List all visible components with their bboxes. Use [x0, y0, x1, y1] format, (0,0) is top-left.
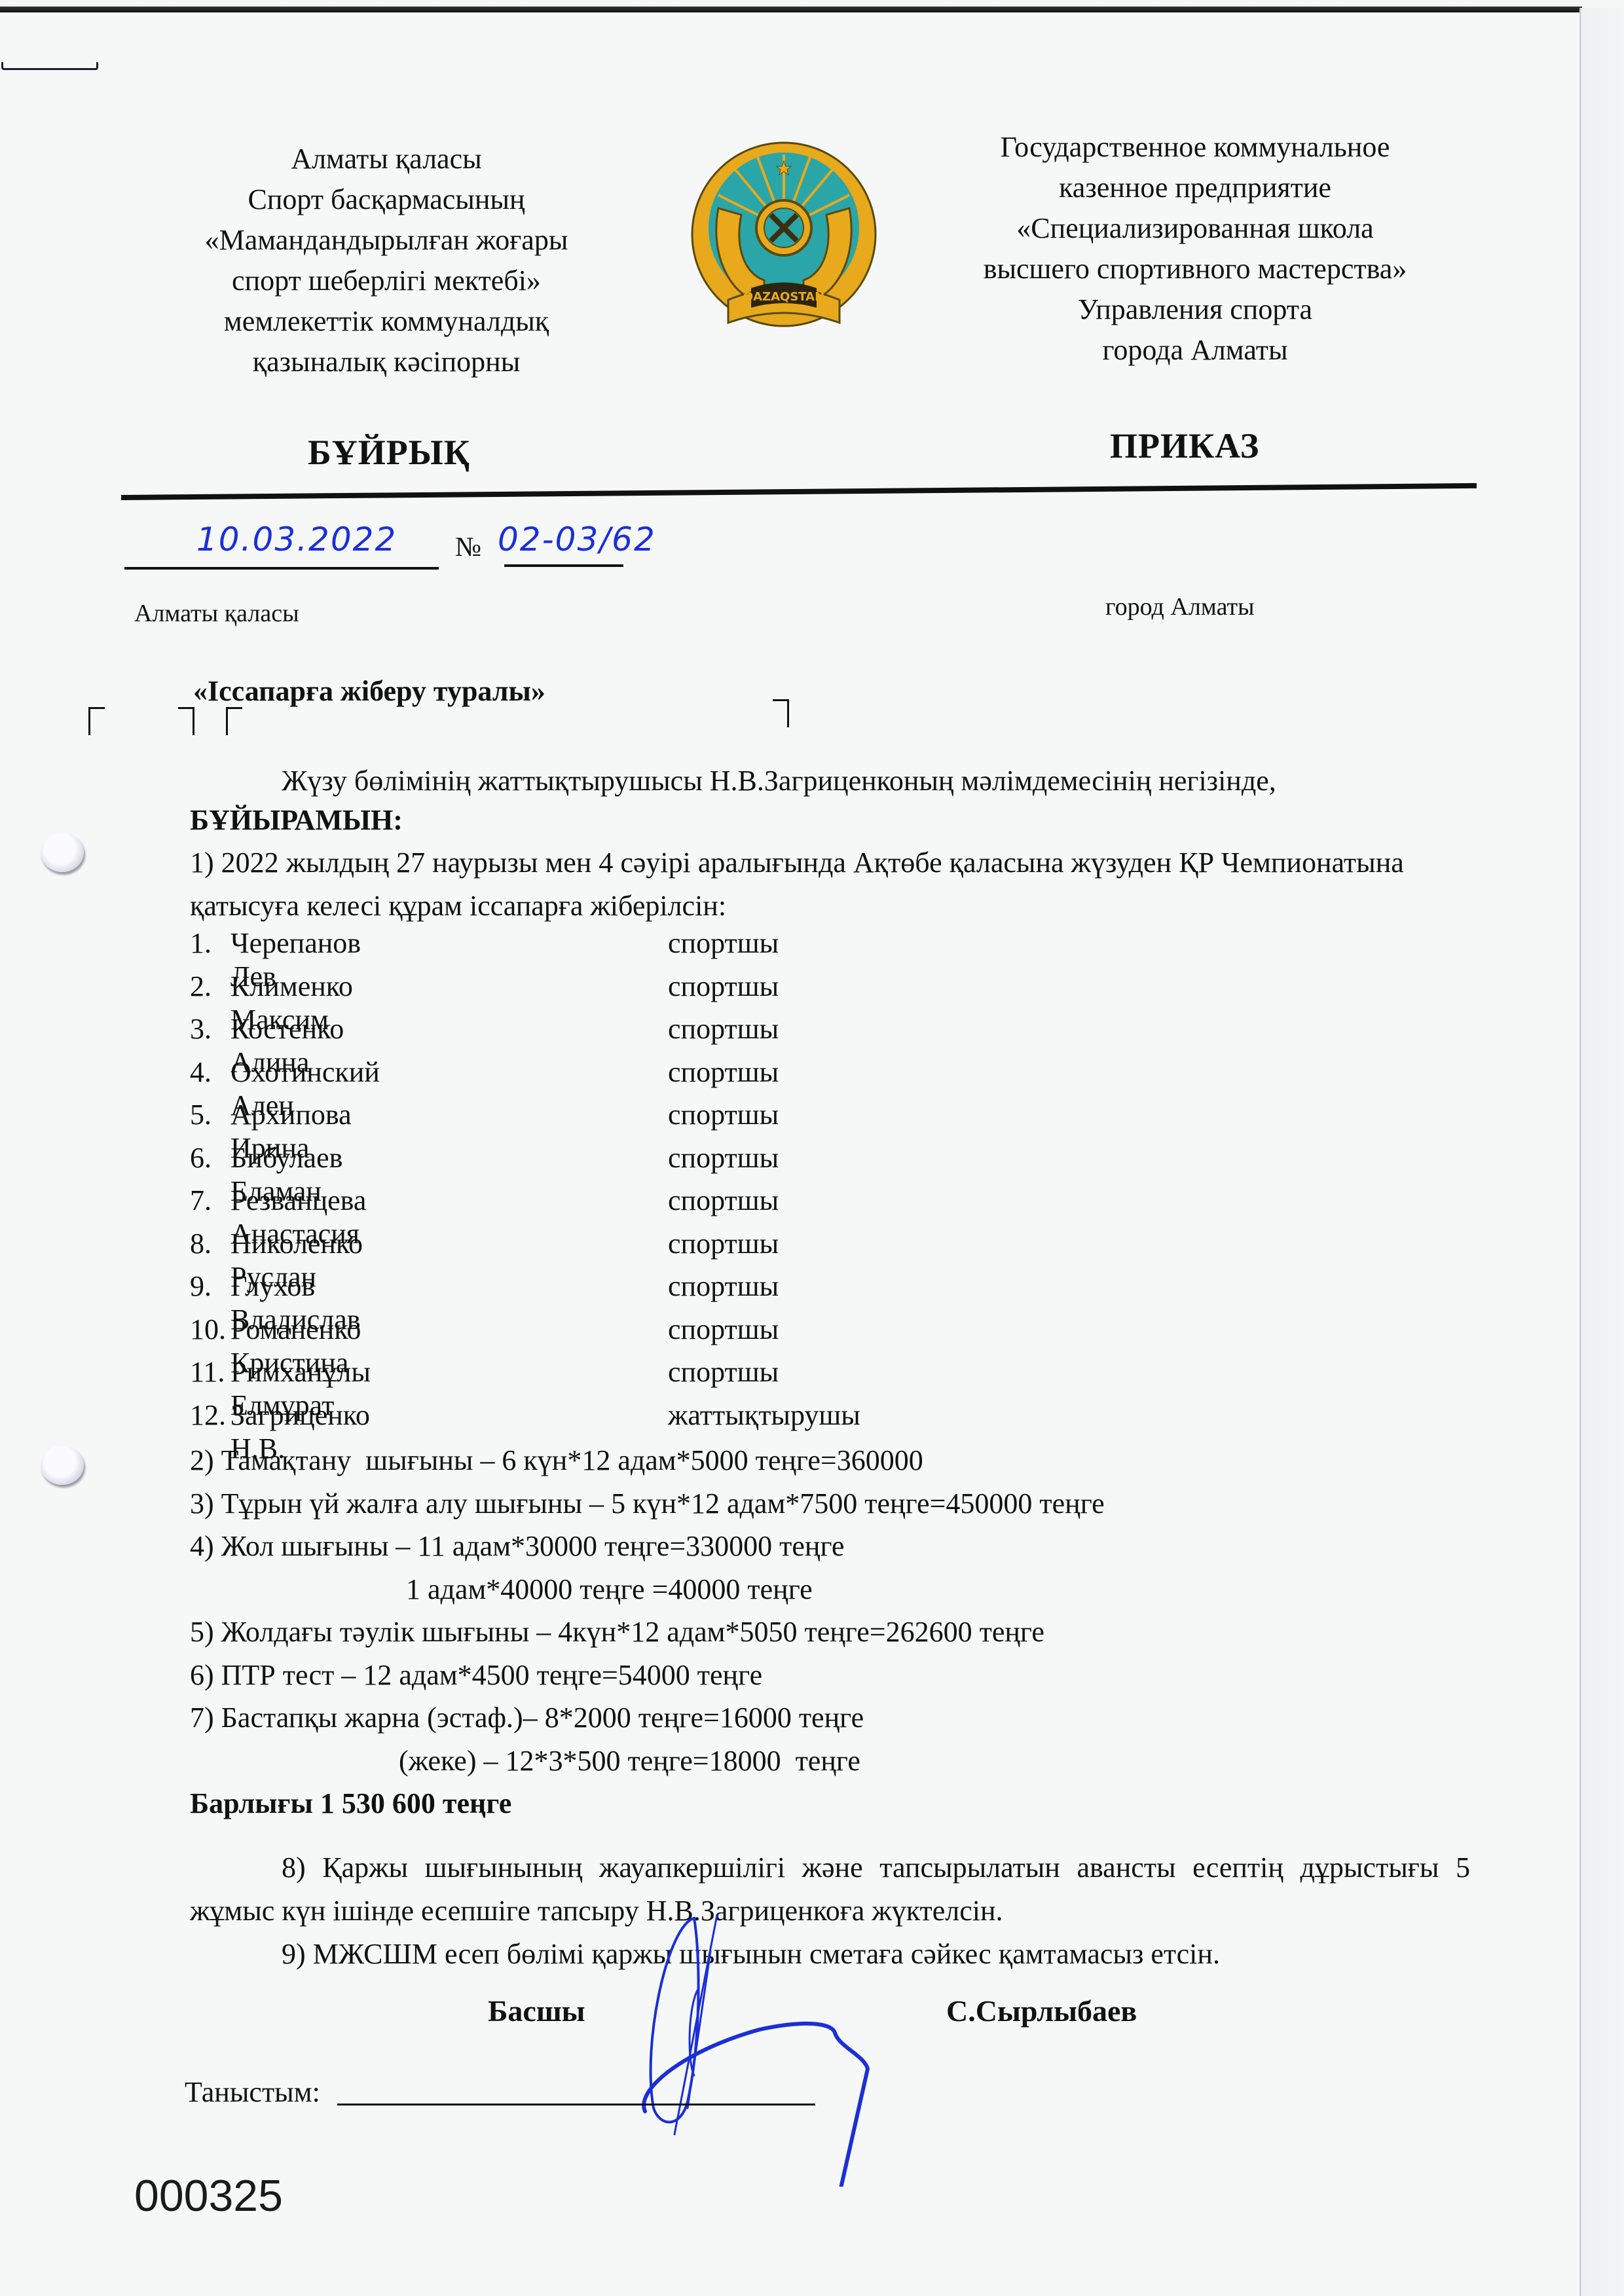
expense-line: 4) Жол шығыны – 11 адам*30000 теңге=3300…	[190, 1529, 1105, 1573]
person-role: спортшы	[668, 970, 779, 1003]
order-directive: БҰЙЫРАМЫН:	[190, 799, 1470, 842]
city-kz: Алматы қаласы	[134, 599, 299, 628]
list-item: 3.Костенко Алинаспортшы	[190, 1012, 228, 1055]
header-kz-line: «Мамандандырылған жоғары	[151, 220, 622, 261]
list-item: 7.Резванцева Анастасияспортшы	[190, 1184, 228, 1227]
list-item: 4.Охотинский Аленспортшы	[190, 1055, 228, 1099]
list-number: 6.	[190, 1141, 228, 1175]
header-kz-line: қазыналық кәсіпорны	[151, 342, 622, 382]
list-item: 9.Глухов Владиславспортшы	[190, 1269, 228, 1313]
expense-line: 3) Тұрын үй жалға алу шығыны – 5 күн*12 …	[190, 1487, 1105, 1530]
order-number: 02-03/62	[498, 520, 656, 558]
number-sign: №	[455, 532, 481, 563]
list-number: 5.	[190, 1098, 228, 1131]
date-underline	[124, 567, 439, 570]
expense-line: 6) ПТР тест – 12 адам*4500 теңге=54000 т…	[190, 1658, 1105, 1702]
person-role: спортшы	[668, 1098, 779, 1131]
person-role: спортшы	[668, 1355, 779, 1389]
corner-mark	[178, 707, 194, 735]
list-item: 1.Черепанов Левспортшы	[190, 926, 228, 970]
list-item: 8.Николенко Русланспортшы	[190, 1227, 228, 1270]
acknowledgement-line	[337, 2104, 815, 2105]
list-item: 2.Клименко Максимспортшы	[190, 970, 228, 1013]
number-underline	[504, 564, 623, 567]
header-ru-line: города Алматы	[917, 330, 1473, 371]
state-emblem-icon: QAZAQSTAN	[682, 136, 885, 339]
signatory-title: Басшы	[488, 1994, 585, 2028]
header-ru-line: Государственное коммунальное	[917, 127, 1473, 168]
punch-hole	[41, 833, 84, 872]
handwritten-signature-icon	[589, 1892, 1080, 2187]
expense-list: 2) Тамақтану шығыны – 6 күн*12 адам*5000…	[190, 1444, 1105, 1830]
header-kz-line: Спорт басқармасының	[151, 179, 622, 220]
list-item: 12.Загриценко Н.В.жаттықтырушы	[190, 1398, 228, 1442]
expense-line: 2) Тамақтану шығыны – 6 күн*12 адам*5000…	[190, 1444, 1105, 1487]
delegation-list: 1.Черепанов Левспортшы 2.Клименко Максим…	[190, 926, 228, 1441]
scan-top-edge	[0, 7, 1582, 12]
header-ru: Государственное коммунальное казенное пр…	[917, 127, 1473, 371]
total-amount: Барлығы 1 530 600 теңге	[190, 1787, 1105, 1830]
list-number: 7.	[190, 1184, 228, 1217]
person-role: спортшы	[668, 1055, 779, 1089]
list-item: 11.Римханұлы Елмұратспортшы	[190, 1355, 228, 1398]
list-number: 10.	[190, 1313, 228, 1346]
list-number: 1.	[190, 926, 228, 960]
scan-right-edge	[1579, 8, 1624, 2296]
order-date: 10.03.2022	[196, 520, 397, 558]
header-kz-line: Алматы қаласы	[151, 139, 622, 179]
person-role: жаттықтырушы	[668, 1398, 860, 1432]
header-ru-line: «Специализированная школа	[917, 208, 1473, 249]
list-number: 4.	[190, 1055, 228, 1089]
list-number: 12.	[190, 1398, 228, 1432]
header-kz-line: спорт шеберлігі мектебі»	[151, 261, 622, 301]
person-role: спортшы	[668, 1313, 779, 1346]
doc-title-kz: БҰЙРЫҚ	[308, 432, 470, 473]
list-item: 10.Романенко Кристинаспортшы	[190, 1313, 228, 1356]
expense-line: 1 адам*40000 теңге =40000 теңге	[190, 1573, 1105, 1616]
expense-line: 5) Жолдағы тәулік шығыны – 4күн*12 адам*…	[190, 1615, 1105, 1658]
header-ru-line: казенное предприятие	[917, 168, 1473, 208]
expense-line: 7) Бастапқы жарна (эстаф.)– 8*2000 теңге…	[190, 1701, 1105, 1744]
punch-hole	[41, 1446, 84, 1485]
header-ru-line: Управления спорта	[917, 289, 1473, 330]
corner-mark	[226, 707, 242, 735]
list-item: 5.Архипова Иринаспортшы	[190, 1098, 228, 1141]
person-role: спортшы	[668, 926, 779, 960]
serial-number: 000325	[134, 2170, 283, 2221]
person-role: спортшы	[668, 1184, 779, 1217]
person-role: спортшы	[668, 1012, 779, 1046]
person-role: спортшы	[668, 1227, 779, 1260]
city-ru: город Алматы	[1105, 592, 1255, 621]
staple-mark	[1, 62, 98, 70]
preamble: Жүзу бөлімінің жаттықтырушысы Н.В.Загриц…	[190, 759, 1470, 803]
corner-mark	[773, 699, 789, 727]
header-kz: Алматы қаласы Спорт басқармасының «Маман…	[151, 139, 622, 382]
list-number: 3.	[190, 1012, 228, 1046]
header-kz-line: мемлекеттік коммуналдық	[151, 301, 622, 342]
person-role: спортшы	[668, 1269, 779, 1303]
clause-1: 1) 2022 жылдың 27 наурызы мен 4 сәуірі а…	[190, 841, 1470, 928]
emblem-text: QAZAQSTAN	[743, 290, 824, 304]
list-item: 6.Бибулаев Еламанспортшы	[190, 1141, 228, 1184]
corner-mark	[88, 707, 105, 735]
list-number: 2.	[190, 970, 228, 1003]
list-number: 8.	[190, 1227, 228, 1260]
acknowledgement-label: Таныстым:	[185, 2075, 320, 2109]
header-divider	[121, 483, 1477, 500]
doc-title-ru: ПРИКАЗ	[1110, 426, 1259, 466]
person-role: спортшы	[668, 1141, 779, 1175]
expense-line: (жеке) – 12*3*500 теңге=18000 теңге	[190, 1744, 1105, 1787]
list-number: 9.	[190, 1269, 228, 1303]
header-ru-line: высшего спортивного мастерства»	[917, 249, 1473, 289]
list-number: 11.	[190, 1355, 228, 1389]
order-subject: «Іссапарға жіберу туралы»	[193, 674, 545, 708]
